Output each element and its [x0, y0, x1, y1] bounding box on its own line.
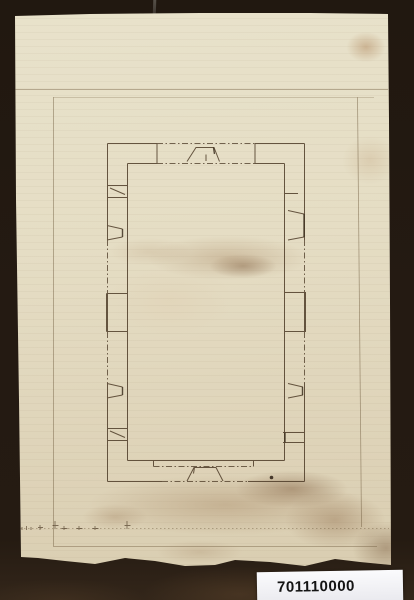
plan-outer-walls-dashdot — [108, 144, 305, 482]
plan-walls — [107, 144, 307, 482]
door-opening-bottom — [187, 468, 223, 482]
frame-right-line — [358, 97, 362, 527]
ink-spot — [270, 476, 274, 480]
photo-backdrop: 701110000 — [0, 0, 414, 600]
wall-niches-left — [107, 186, 128, 441]
plan-inner-walls-solid — [128, 164, 285, 467]
niche-jamb-accents — [123, 148, 305, 443]
drawing-sheet — [0, 0, 414, 600]
catalog-number: 701110000 — [277, 578, 355, 596]
wall-niches-right — [283, 194, 306, 443]
floor-plan-drawing — [0, 0, 414, 600]
plan-inner-walls-dashdot — [154, 164, 256, 467]
plan-dark-accent-strokes — [123, 148, 305, 443]
door-opening-top — [187, 148, 220, 162]
catalog-label: 701110000 — [257, 570, 404, 600]
plan-outer-walls-solid — [108, 144, 305, 482]
ruled-border-frame — [15, 90, 389, 547]
